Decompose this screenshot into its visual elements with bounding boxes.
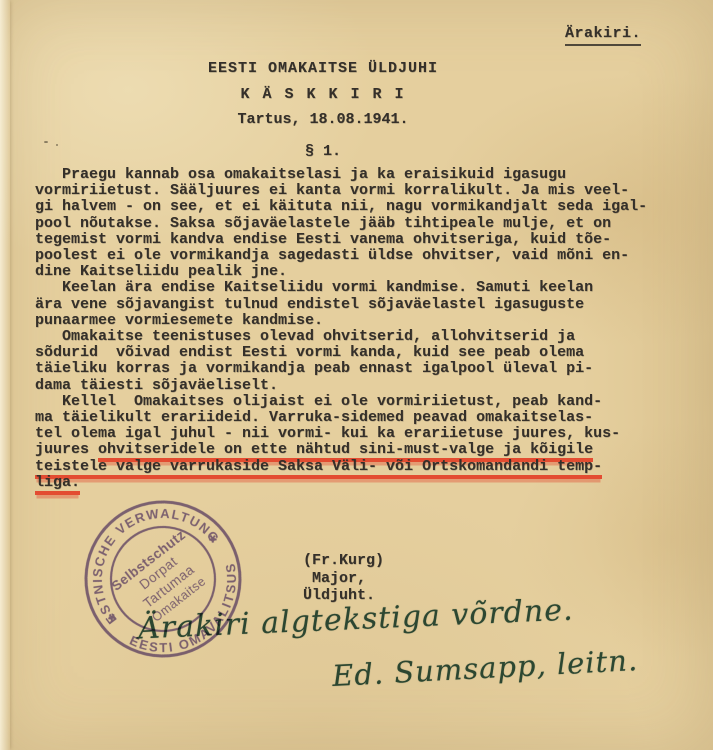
header-doc-type: K Ä S K K I R I [35, 86, 611, 103]
document-header: EESTI OMAKAITSE ÜLDJUHI K Ä S K K I R I … [35, 60, 611, 160]
body-line: Omakaitse teenistuses olevad ohvitserid,… [35, 329, 695, 345]
body-text: tegemist vormi kandva endise Eesti vanem… [35, 231, 611, 248]
body-line: täieliku korras ja vormikandja peab enna… [35, 361, 695, 377]
body-line: dama täiesti sõjaväeliselt. [35, 378, 695, 394]
body-line: Keelan ära endise Kaitseliidu vormi kand… [35, 280, 695, 296]
header-place-date: Tartus, 18.08.1941. [35, 111, 611, 128]
body-text: täieliku korras ja vormikandja peab enna… [35, 360, 593, 377]
body-line: gi halvem - on see, et ei käituta nii, n… [35, 199, 695, 215]
body-line: ma täielikult erariideid. Varruka-sideme… [35, 410, 695, 426]
body-line: Praegu kannab osa omakaitselasi ja ka er… [35, 167, 695, 183]
section-heading: § 1. [35, 143, 611, 160]
document-page: Ärakiri. EESTI OMAKAITSE ÜLDJUHI K Ä S K… [0, 0, 713, 750]
body-line: juures ohvitseridele on ette nähtud sini… [35, 442, 695, 458]
body-text: dine Kaitseliidu pealik jne. [35, 263, 287, 280]
body-text: Keelan ära endise Kaitseliidu vormi kand… [35, 279, 593, 296]
body-text: tel olema igal juhul - nii vormi- kui ka… [35, 425, 620, 442]
body-line: poolest ei ole vormikandja sagedasti üld… [35, 248, 695, 264]
body-text: Omakaitse teenistuses olevad ohvitserid,… [35, 328, 575, 345]
document-body: Praegu kannab osa omakaitselasi ja ka er… [35, 167, 695, 491]
red-underlined-text: liga. [35, 474, 80, 495]
stamp-top-arc-text: ESTNISCHE VERWALTUNG [60, 476, 223, 627]
signatory-rank: Major, [303, 570, 384, 588]
handwritten-signature: Ed. Sumsapp, leitn. [331, 643, 639, 693]
body-text: punaarmee vormiesemete kandmise. [35, 312, 323, 329]
copy-label: Ärakiri. [565, 25, 641, 46]
signatory-name: (Fr.Kurg) [303, 552, 384, 570]
body-text: Praegu kannab osa omakaitselasi ja ka er… [35, 166, 566, 183]
body-text: ma täielikult erariideid. Varruka-sideme… [35, 409, 593, 426]
body-text: ära vene sõjavangist tulnud endistel sõj… [35, 296, 584, 313]
body-line: ära vene sõjavangist tulnud endistel sõj… [35, 297, 695, 313]
body-line: pool nõutakse. Saksa sõjaväelastele jääb… [35, 216, 695, 232]
red-underlined-text: teistele valge varrukaside Saksa Väli- v… [35, 458, 602, 479]
header-organization: EESTI OMAKAITSE ÜLDJUHI [35, 60, 611, 77]
body-line: punaarmee vormiesemete kandmise. [35, 313, 695, 329]
body-line: dine Kaitseliidu pealik jne. [35, 264, 695, 280]
body-text: gi halvem - on see, et ei käituta nii, n… [35, 198, 647, 215]
body-text: Kellel Omakaitses olijaist ei ole vormir… [35, 393, 602, 410]
body-text: sõdurid võivad endist Eesti vormi kanda,… [35, 344, 584, 361]
body-line: tegemist vormi kandva endise Eesti vanem… [35, 232, 695, 248]
body-text: dama täiesti sõjaväeliselt. [35, 377, 278, 394]
signature-block: (Fr.Kurg) Major, Üldjuht. [303, 552, 384, 605]
body-line: Kellel Omakaitses olijaist ei ole vormir… [35, 394, 695, 410]
body-text: vormiriietust. Sääljuures ei kanta vormi… [35, 182, 629, 199]
body-text: pool nõutakse. Saksa sõjaväelastele jääb… [35, 215, 611, 232]
scan-edge-artifact [0, 0, 10, 750]
body-line: tel olema igal juhul - nii vormi- kui ka… [35, 426, 695, 442]
body-line: vormiriietust. Sääljuures ei kanta vormi… [35, 183, 695, 199]
body-text: juures [35, 441, 98, 458]
body-line: sõdurid võivad endist Eesti vormi kanda,… [35, 345, 695, 361]
body-text: poolest ei ole vormikandja sagedasti üld… [35, 247, 629, 264]
